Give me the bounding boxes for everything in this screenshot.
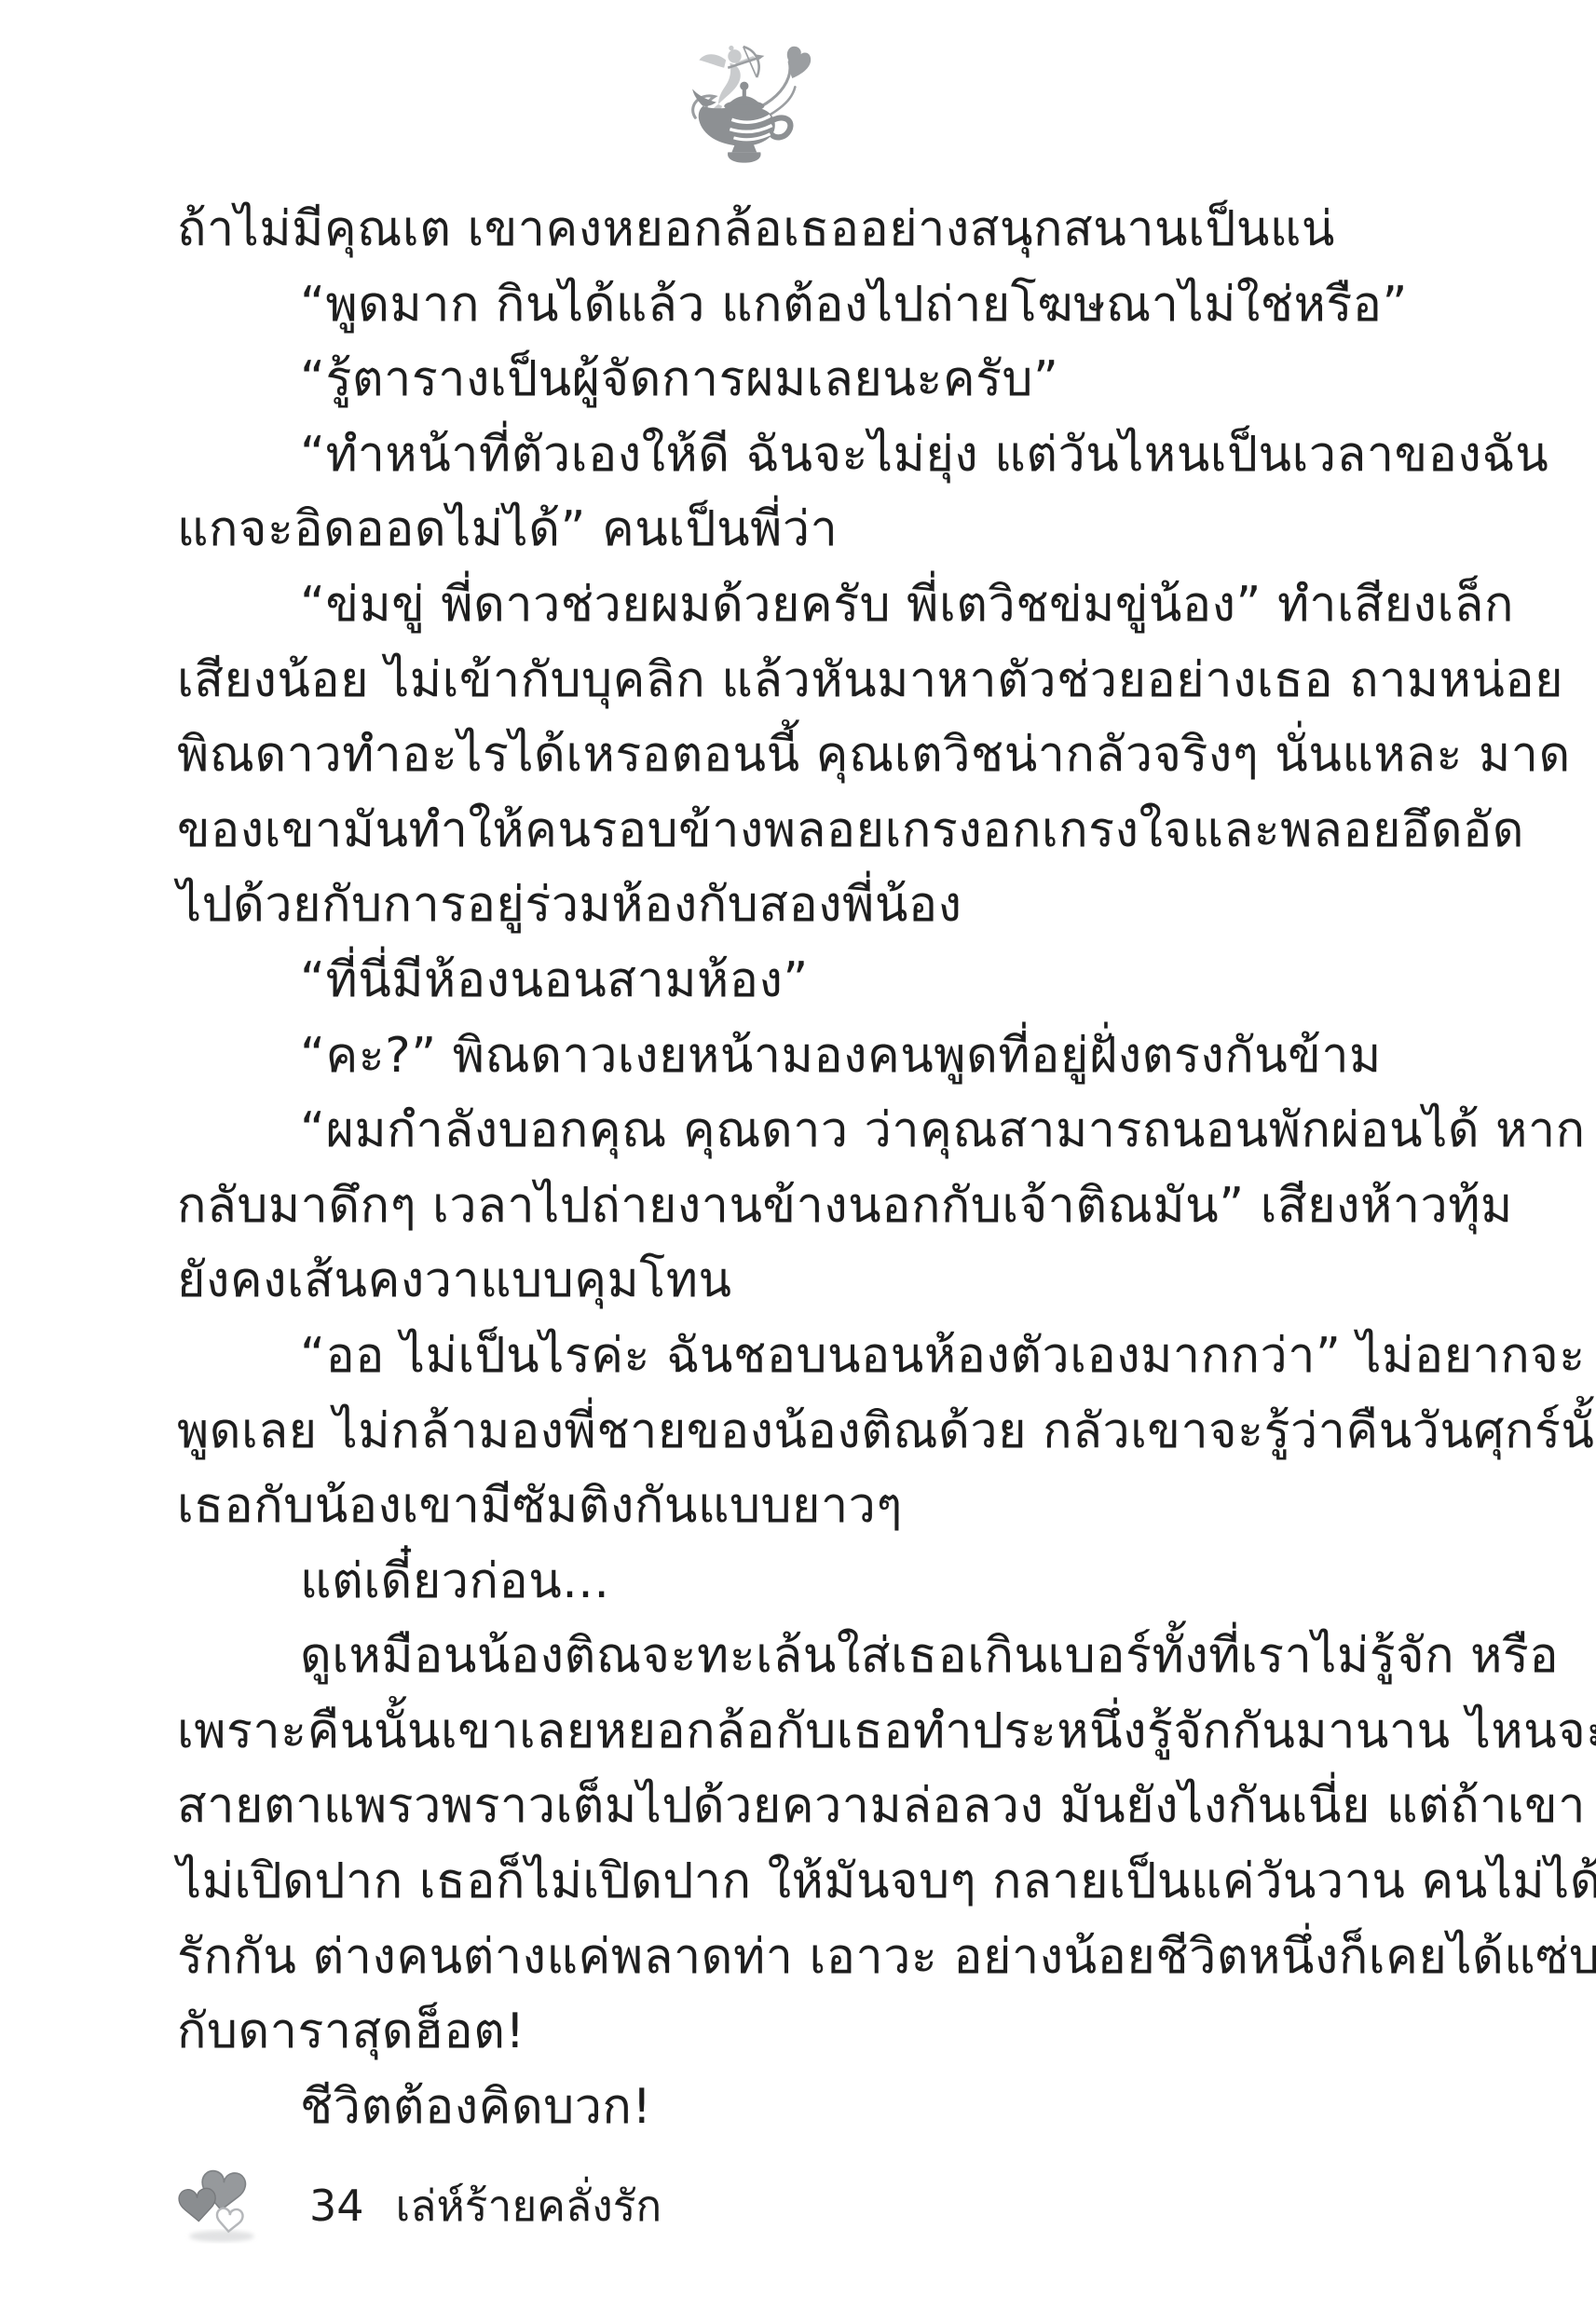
text-line: ยังคงเส้นคงวาแบบคุมโทน: [177, 1243, 1481, 1319]
text-line: ถ้าไม่มีคุณเต เขาคงหยอกล้อเธออย่างสนุกสน…: [177, 192, 1481, 267]
text-line: พิณดาวทำอะไรได้เหรอตอนนี้ คุณเตวิชน่ากลั…: [177, 718, 1481, 793]
text-line: เพราะคืนนั้นเขาเลยหยอกล้อกับเธอทำประหนึ่…: [177, 1694, 1481, 1770]
text-line: “พูดมาก กินได้แล้ว แกต้องไปถ่ายโฆษณาไม่ใ…: [177, 267, 1481, 343]
hearts-shadow: [189, 2231, 254, 2242]
text-line: “ผมกำลังบอกคุณ คุณดาว ว่าคุณสามารถนอนพัก…: [177, 1093, 1481, 1169]
text-line: สายตาแพรวพราวเต็มไปด้วยความล่อลวง มันยัง…: [177, 1769, 1481, 1844]
text-line: “ทำหน้าที่ตัวเองให้ดี ฉันจะไม่ยุ่ง แต่วั…: [177, 417, 1481, 493]
page-number: 34: [309, 2181, 364, 2231]
page-text: ถ้าไม่มีคุณเต เขาคงหยอกล้อเธออย่างสนุกสน…: [177, 192, 1481, 2144]
hearts-icon: [173, 2166, 270, 2246]
cupid-genie-lamp-icon: [689, 45, 812, 173]
text-line: “คะ?” พิณดาวเงยหน้ามองคนพูดที่อยู่ฝั่งตร…: [177, 1019, 1481, 1094]
text-line: กับดาราสุดฮ็อต!: [177, 1994, 1481, 2070]
text-line: “ที่นี่มีห้องนอนสามห้อง”: [177, 943, 1481, 1019]
text-line: “รู้ตารางเป็นผู้จัดการผมเลยนะครับ”: [177, 342, 1481, 417]
text-line: แกจะอิดออดไม่ได้” คนเป็นพี่ว่า: [177, 492, 1481, 567]
text-line: รักกัน ต่างคนต่างแค่พลาดท่า เอาวะ อย่างน…: [177, 1920, 1481, 1995]
text-line: ไปด้วยกับการอยู่ร่วมห้องกับสองพี่น้อง: [177, 868, 1481, 943]
text-line: เธอกับน้องเขามีซัมติงกันแบบยาวๆ: [177, 1469, 1481, 1544]
cupid-genie-lamp-ornament: [689, 45, 812, 173]
text-line: ดูเหมือนน้องติณจะทะเล้นใส่เธอเกินเบอร์ทั…: [177, 1619, 1481, 1694]
small-heart-icon: [216, 2208, 244, 2233]
text-line: ของเขามันทำให้คนรอบข้างพลอยเกรงอกเกรงใจแ…: [177, 793, 1481, 868]
text-line: ไม่เปิดปาก เธอก็ไม่เปิดปาก ให้มันจบๆ กลา…: [177, 1844, 1481, 1920]
page-footer: 34 เล่ห์ร้ายคลั่งรัก: [173, 2164, 662, 2248]
text-line: พูดเลย ไม่กล้ามองพี่ชายของน้องติณด้วย กล…: [177, 1394, 1481, 1470]
text-line: กลับมาดึกๆ เวลาไปถ่ายงานข้างนอกกับเจ้าติ…: [177, 1169, 1481, 1244]
book-page: ถ้าไม่มีคุณเต เขาคงหยอกล้อเธออย่างสนุกสน…: [0, 0, 1596, 2311]
text-line: “ออ ไม่เป็นไรค่ะ ฉันชอบนอนห้องตัวเองมากก…: [177, 1319, 1481, 1394]
text-line: เสียงน้อย ไม่เข้ากับบุคลิก แล้วหันมาหาตั…: [177, 643, 1481, 718]
text-line: แต่เดี๋ยวก่อน...: [177, 1544, 1481, 1620]
genie-lamp-icon: [692, 82, 790, 163]
text-line: “ข่มขู่ พี่ดาวช่วยผมด้วยครับ พี่เตวิชข่ม…: [177, 567, 1481, 643]
text-line: ชีวิตต้องคิดบวก!: [177, 2070, 1481, 2145]
book-title: เล่ห์ร้ายคลั่งรัก: [396, 2172, 662, 2240]
medium-heart-icon: [178, 2188, 216, 2222]
heart-smoke-icon: [787, 47, 811, 78]
